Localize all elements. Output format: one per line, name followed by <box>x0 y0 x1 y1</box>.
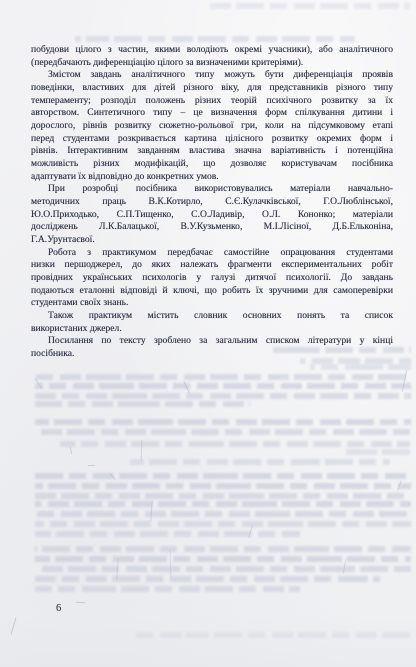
ghost-text-row <box>35 521 411 527</box>
text-line: побудови цілого з частин, якими володіют… <box>31 44 393 57</box>
ghost-text-row <box>35 566 411 572</box>
scratch-mark <box>397 480 402 491</box>
scratch-mark <box>116 558 119 580</box>
ghost-text-row <box>35 531 300 537</box>
text-line: Змістом завдань аналітичного типу можуть… <box>31 69 393 82</box>
ghost-text-row <box>130 632 410 638</box>
text-line: авторством. Синтетичного типу – це визна… <box>31 107 393 120</box>
scratch-mark <box>88 465 95 466</box>
ghost-text-row <box>35 586 300 592</box>
ghost-text-row <box>35 511 411 517</box>
page-number: 6 <box>56 603 61 615</box>
scratch-mark <box>34 378 42 389</box>
ghost-text-row <box>35 483 411 489</box>
ghost-text-row <box>310 364 411 370</box>
text-line: низки першоджерел, до яких належать фраг… <box>31 259 393 272</box>
ghost-text-row <box>35 501 411 507</box>
text-line: методичних праць В.К.Котирло, С.Є.Кулачк… <box>31 196 393 209</box>
text-line: темпераменту; розподіл положень різних т… <box>31 95 393 108</box>
scratch-mark <box>402 370 408 392</box>
ghost-text-row <box>35 546 411 552</box>
text-line: Посилання по тексту зроблено за загальни… <box>31 335 393 348</box>
scanned-book-page: побудови цілого з частин, якими володіют… <box>0 0 416 667</box>
ghost-text-row <box>35 576 380 582</box>
text-line: студентами своїх знань. <box>31 297 393 310</box>
text-line: використаних джерел. <box>31 323 393 336</box>
scratch-mark <box>109 473 116 481</box>
text-line: Г.А.Урунтаєвої. <box>31 234 393 247</box>
text-line: провідних українських психологів у галуз… <box>31 272 393 285</box>
scratch-mark <box>11 617 17 635</box>
body-text: побудови цілого з частин, якими володіют… <box>31 44 393 361</box>
ghost-text-row <box>340 449 410 455</box>
text-line: посібника. <box>31 348 393 361</box>
ghost-text-row <box>35 429 411 435</box>
scratch-mark <box>70 446 73 454</box>
ghost-text-row <box>35 374 411 380</box>
ghost-text-row <box>35 393 411 399</box>
scratch-mark <box>150 500 152 521</box>
text-line: При розробці посібника використовувались… <box>31 183 393 196</box>
text-line: подаються еталонні відповіді й ключі, що… <box>31 285 393 298</box>
ghost-text-row <box>60 441 410 447</box>
scratch-mark <box>76 602 85 604</box>
text-line: дорослого, рівнів розвитку сюжетно-рольо… <box>31 120 393 133</box>
scratch-mark <box>170 550 172 578</box>
text-line: перед студентами розкривається картина ц… <box>31 133 393 146</box>
scratch-mark <box>183 380 190 393</box>
text-line: досліджень Л.К.Балацької, В.У.Кузьменко,… <box>31 221 393 234</box>
ghost-text-row <box>75 36 355 42</box>
scratch-mark <box>343 559 347 574</box>
scratch-mark <box>141 440 143 461</box>
text-line: Ю.О.Приходько, С.П.Тищенко, С.О.Ладивір,… <box>31 209 393 222</box>
ghost-text-row <box>35 401 250 407</box>
ghost-text-row <box>35 493 411 499</box>
text-line: адаптувати їх відповідно до конкретних у… <box>31 171 393 184</box>
text-line: Робота з практикумом передбачає самостій… <box>31 247 393 260</box>
scratch-mark <box>248 525 253 538</box>
ghost-text-row <box>35 556 411 562</box>
text-line: рівнів. Інтерактивним завданням властива… <box>31 145 393 158</box>
ghost-text-row <box>210 3 410 9</box>
ghost-text-row <box>35 419 411 425</box>
text-line: можливість різних модифікацій, що дозвол… <box>31 158 393 171</box>
text-line: (передбачають диференціацію цілого за ви… <box>31 57 393 70</box>
text-line: поведінки, властивих для дітей різного в… <box>31 82 393 95</box>
text-line: Також практикум містить словник основних… <box>31 310 393 323</box>
ghost-text-row <box>35 473 411 479</box>
ghost-text-row <box>35 383 411 389</box>
ghost-text-row <box>130 459 390 465</box>
